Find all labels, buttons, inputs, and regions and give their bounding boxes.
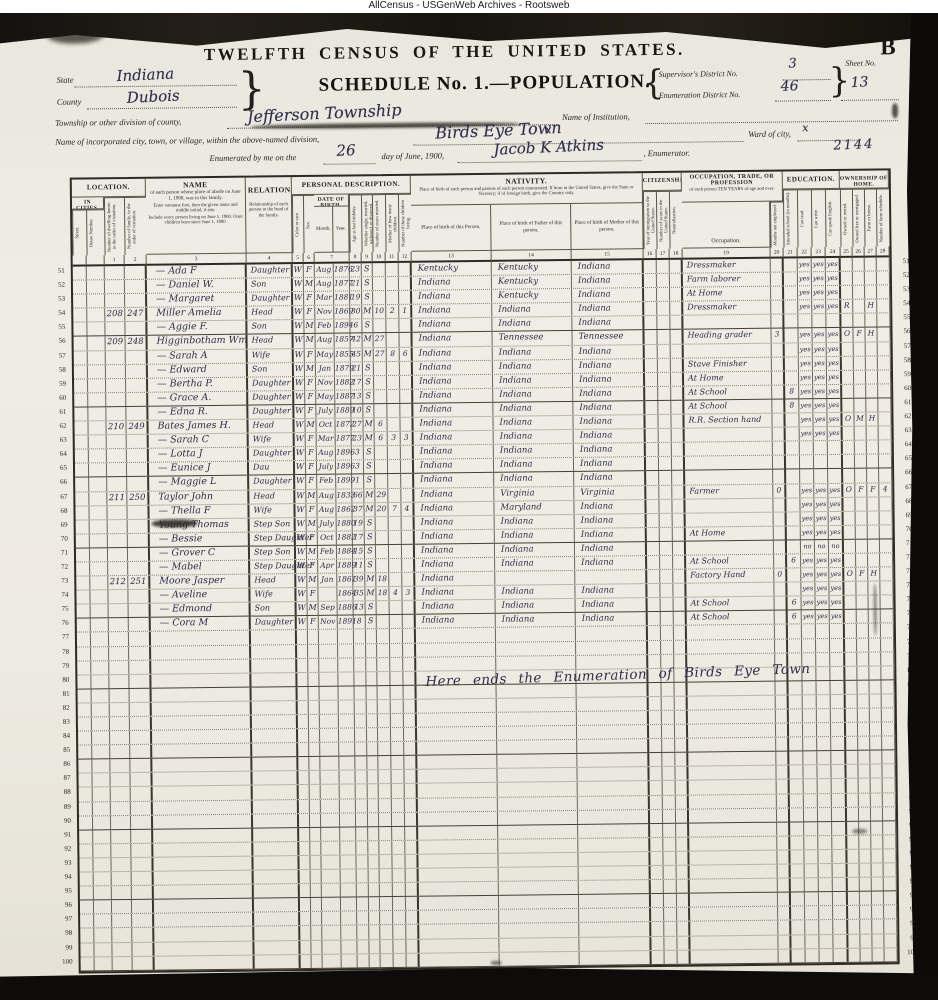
row-number: 90 [57, 816, 73, 830]
cell-sex: M [304, 320, 315, 333]
census-scan-page: AllCensus - USGenWeb Archives - Rootsweb… [0, 0, 938, 1000]
cell-color [300, 870, 311, 883]
cell-birth_month: Nov [316, 376, 335, 389]
cell-marital: S [365, 545, 376, 558]
cell-pob_mother [577, 697, 649, 711]
cell-owned_rented [846, 709, 858, 722]
cell-name: — Edward [148, 363, 248, 377]
cell-can_read [803, 751, 817, 764]
cell-pob_mother: Indiana [572, 274, 644, 288]
cell-months_unemployed [775, 681, 788, 694]
cell-free_mortgaged [857, 680, 869, 693]
cell-pob: Indiana [416, 600, 496, 614]
cell-pob_father: Indiana [494, 458, 574, 472]
cell-years_in_us [661, 612, 674, 625]
cell-can_write: yes [812, 300, 826, 313]
cell-birth_year: 1884 [337, 545, 353, 558]
cell-dwelling [113, 957, 133, 970]
cell-name: — Thella F [149, 504, 249, 518]
column-number: 24 [826, 247, 841, 257]
cell-sex [311, 912, 322, 925]
cell-school_months [791, 921, 805, 934]
cell-immigration_year [644, 260, 657, 273]
cell-children_living [403, 657, 416, 670]
cell-years_in_us [663, 852, 676, 865]
header-sex: Sex. [303, 195, 315, 253]
cell-school_months [791, 864, 805, 877]
header-pob-person: Place of birth of this Person. [411, 205, 492, 252]
cell-children_living [401, 474, 414, 487]
cell-children_living [404, 728, 417, 741]
header-years-in-us: Number of years in the United States. [656, 191, 670, 249]
cell-years_in_us [663, 795, 676, 808]
cell-farm_house [865, 314, 877, 327]
cell-age: 17 [353, 531, 365, 544]
cell-farm_house [873, 948, 885, 961]
cell-children_living [399, 277, 412, 290]
cell-can_read: yes [799, 371, 813, 384]
cell-family [129, 674, 151, 687]
cell-free_mortgaged [855, 441, 867, 454]
cell-pob: Indiana [415, 586, 495, 600]
cell-relation: Son [247, 278, 293, 292]
cell-naturalization [676, 781, 689, 794]
cell-dwelling [105, 294, 125, 307]
header-speak-english: Can speak English. [825, 189, 841, 247]
cell-school_months [786, 470, 800, 483]
cell-color [298, 743, 309, 756]
cell-age [355, 714, 367, 727]
cell-immigration_year [646, 485, 659, 498]
cell-name [154, 941, 254, 955]
cell-can_read [805, 878, 819, 891]
cell-name [154, 885, 254, 899]
cell-birth_year: 1862 [336, 503, 352, 516]
cell-name: Taylor John [149, 490, 249, 504]
cell-years_in_us [659, 429, 672, 442]
cell-farm_schedule [884, 877, 897, 890]
cell-farm_house [868, 553, 880, 566]
cell-relation: Step Daughter [250, 560, 296, 574]
column-number: 9 [362, 252, 373, 262]
cell-birth_year: 1861 [337, 574, 353, 587]
row-number: 54 [51, 309, 67, 323]
enumeration-district-value: 46 [780, 78, 799, 95]
row-number: 58 [897, 356, 913, 370]
cell-free_mortgaged [860, 864, 872, 877]
cell-relation: Daughter [247, 264, 293, 278]
cell-pob_father: Indiana [496, 599, 576, 613]
cell-children_living [403, 643, 416, 656]
cell-free_mortgaged [853, 286, 865, 299]
cell-dwelling [110, 759, 130, 772]
cell-farm_house [869, 680, 881, 693]
cell-speaks_english [833, 920, 848, 933]
cell-name: — Edna R. [148, 406, 248, 420]
cell-family [131, 801, 153, 814]
cell-speaks_english: yes [829, 554, 844, 567]
cell-school_months [789, 709, 803, 722]
cell-color [297, 659, 308, 672]
cell-occupation: At Home [684, 371, 772, 385]
cell-can_read [805, 906, 819, 919]
cell-birth_month: Aug [316, 334, 335, 347]
cell-farm_schedule [878, 412, 891, 425]
cell-mother_of_children [393, 939, 406, 952]
cell-birth_year: 1882 [335, 376, 351, 389]
cell-sex [310, 828, 321, 841]
cell-naturalization [675, 711, 688, 724]
cell-birth_month [321, 841, 340, 854]
row-number: 88 [57, 788, 73, 802]
cell-years_in_us [657, 260, 670, 273]
cell-occupation: R.R. Section hand [684, 414, 772, 428]
cell-occupation [688, 766, 776, 780]
cell-name [155, 955, 255, 969]
cell-speaks_english [831, 723, 846, 736]
cell-relation [254, 926, 300, 940]
cell-sex: F [306, 433, 317, 446]
cell-farm_schedule [880, 567, 893, 580]
cell-house [91, 661, 109, 674]
cell-mother_of_children [390, 615, 403, 628]
cell-age: 27 [351, 418, 363, 431]
cell-street [78, 717, 92, 730]
cell-name [153, 842, 253, 856]
cell-months_unemployed [778, 907, 791, 920]
header-name: NAME of each person whose place of abode… [146, 178, 247, 255]
cell-farm_schedule [877, 300, 890, 313]
cell-mother_of_children [391, 686, 404, 699]
cell-family [127, 463, 149, 476]
cell-can_read [803, 737, 817, 750]
header-marital-status: Whether single, married, widowed, or div… [361, 194, 373, 252]
cell-years_married: 18 [376, 587, 389, 600]
cell-mother_of_children [393, 911, 406, 924]
cell-pob: Indiana [414, 431, 494, 445]
cell-mother_of_children [387, 333, 400, 346]
cell-dwelling [107, 506, 127, 519]
cell-naturalization [672, 457, 685, 470]
cell-farm_house: H [865, 300, 877, 313]
cell-can_write [817, 723, 831, 736]
cell-street [80, 929, 94, 942]
cell-free_mortgaged [854, 342, 866, 355]
cell-naturalization [677, 936, 690, 949]
cell-owned_rented [848, 864, 860, 877]
cell-pob: Indiana [414, 473, 494, 487]
cell-years_in_us [664, 936, 677, 949]
cell-birth_month: May [316, 348, 335, 361]
cell-marital: S [366, 616, 377, 629]
cell-can_write: yes [813, 343, 827, 356]
cell-family [129, 618, 151, 631]
city-label: Name of incorporated city, town, or vill… [55, 134, 319, 147]
cell-sex [309, 715, 320, 728]
cell-relation: Wife [248, 349, 294, 363]
cell-family [125, 280, 147, 293]
cell-color [300, 912, 311, 925]
cell-pob_father: Kentucky [492, 275, 572, 289]
cell-house [92, 759, 110, 772]
cell-pob_father [499, 923, 579, 937]
row-number: 65 [898, 454, 914, 468]
cell-birth_year [338, 644, 354, 657]
cell-marital [366, 658, 377, 671]
cell-marital [367, 686, 378, 699]
township-label: Township or other division of county, [55, 116, 181, 127]
cell-color: W [293, 320, 304, 333]
cell-relation: Daughter [248, 391, 294, 405]
cell-house [91, 675, 109, 688]
cell-relation: Daughter [248, 377, 294, 391]
cell-street [78, 689, 92, 702]
cell-can_write [820, 949, 834, 962]
header-relation-title: RELATION. [248, 185, 289, 194]
cell-farm_house [867, 427, 879, 440]
cell-pob: Indiana [413, 417, 493, 431]
column-number: 16 [644, 249, 657, 259]
cell-school_months [789, 752, 803, 765]
cell-can_read: yes [798, 272, 812, 285]
cell-relation: Son [251, 602, 297, 616]
cell-name: — Cora M [151, 617, 251, 631]
cell-age [355, 742, 367, 755]
cell-school_months [785, 343, 799, 356]
cell-street [74, 379, 88, 392]
row-number: 70 [54, 534, 70, 548]
header-street: Street. [72, 209, 87, 255]
cell-years_married [378, 728, 391, 741]
cell-house [90, 576, 108, 589]
cell-pob_mother: Indiana [574, 472, 646, 486]
enumeration-line [775, 100, 831, 102]
cell-birth_month [323, 954, 342, 967]
cell-color [298, 715, 309, 728]
cell-speaks_english [828, 455, 843, 468]
cell-pob_mother: Indiana [573, 415, 645, 429]
cell-age [354, 658, 366, 671]
cell-color: W [294, 377, 305, 390]
cell-dwelling: 208 [105, 308, 125, 321]
cell-pob_mother: Indiana [572, 302, 644, 316]
cell-relation [251, 673, 297, 687]
cell-school_months [791, 878, 805, 891]
header-nativity: NATIVITY. Place of birth of each person … [411, 173, 643, 206]
row-number: 86 [56, 760, 72, 774]
cell-pob: Indiana [415, 544, 495, 558]
cell-farm_house [869, 638, 881, 651]
cell-pob_mother [578, 824, 650, 838]
cell-marital [369, 911, 380, 924]
cell-birth_year: 1894 [334, 320, 350, 333]
cell-children_living [404, 770, 417, 783]
cell-street [78, 746, 92, 759]
header-owned-rented: Owned or rented. [840, 189, 853, 247]
cell-months_unemployed [778, 921, 791, 934]
cell-can_write [817, 709, 831, 722]
cell-speaks_english [832, 779, 847, 792]
cell-years_married: 6 [374, 418, 387, 431]
cell-pob_father: Kentucky [492, 261, 572, 275]
row-number: 51 [51, 267, 67, 281]
cell-street [74, 337, 88, 350]
cell-name [152, 772, 252, 786]
cell-farm_house: F [867, 483, 879, 496]
cell-years_in_us [659, 485, 672, 498]
cell-street [79, 816, 93, 829]
cell-family [131, 858, 153, 871]
cell-free_mortgaged [856, 582, 868, 595]
cell-naturalization [671, 401, 684, 414]
cell-age: 3 [352, 461, 364, 474]
cell-mother_of_children [391, 770, 404, 783]
cell-relation: Head [248, 335, 294, 349]
cell-pob_mother [577, 711, 649, 725]
header-occupation-desc: of each person TEN YEARS of age and over… [684, 187, 780, 193]
cell-farm_schedule [878, 398, 891, 411]
cell-years_in_us [660, 514, 673, 527]
cell-street [76, 562, 90, 575]
cell-school_months [784, 315, 798, 328]
cell-birth_year: 1887 [335, 390, 351, 403]
cell-birth_month: Aug [315, 264, 334, 277]
supervisor-district-label: Supervisor's District No. [659, 69, 738, 79]
cell-pob: Indiana [412, 304, 492, 318]
cell-months_unemployed [778, 935, 791, 948]
cell-dwelling [108, 534, 128, 547]
cell-occupation [685, 498, 773, 512]
cell-occupation: Stave Finisher [684, 357, 772, 371]
cell-pob_mother: Tennessee [572, 331, 644, 345]
cell-sex [310, 842, 321, 855]
cell-marital [369, 897, 380, 910]
cell-years_in_us [659, 457, 672, 470]
cell-house [87, 280, 105, 293]
cell-can_write: yes [812, 286, 826, 299]
column-number: 14 [492, 250, 572, 261]
cell-age: 6 [350, 320, 362, 333]
cell-naturalization [675, 767, 688, 780]
cell-birth_year: 1877 [336, 433, 352, 446]
cell-immigration_year [644, 288, 657, 301]
cell-immigration_year [649, 739, 662, 752]
cell-occupation [685, 442, 773, 456]
cell-mother_of_children [389, 517, 402, 530]
cell-pob_mother: Indiana [572, 260, 644, 274]
cell-owned_rented [843, 469, 855, 482]
cell-naturalization [675, 697, 688, 710]
cell-free_mortgaged [857, 652, 869, 665]
cell-immigration_year [648, 598, 661, 611]
cell-owned_rented: R [841, 300, 853, 313]
cell-pob_father: Indiana [492, 303, 572, 317]
cell-street [79, 788, 93, 801]
cell-school_months [789, 723, 803, 736]
cell-dwelling [106, 379, 126, 392]
cell-street [75, 464, 89, 477]
cell-family [129, 632, 151, 645]
column-number [73, 255, 87, 265]
cell-pob_father: Indiana [493, 374, 573, 388]
cell-school_months: 6 [787, 554, 801, 567]
cell-children_living [404, 714, 417, 727]
cell-years_married [376, 545, 389, 558]
cell-color: W [296, 588, 307, 601]
cell-mother_of_children [387, 418, 400, 431]
cell-farm_schedule [877, 328, 890, 341]
cell-immigration_year [644, 302, 657, 315]
cell-free_mortgaged [859, 779, 871, 792]
cell-owned_rented [848, 878, 860, 891]
cell-pob [419, 896, 499, 910]
cell-speaks_english: yes [826, 286, 841, 299]
cell-age [354, 630, 366, 643]
cell-marital: M [365, 573, 376, 586]
cell-birth_year: 1872 [335, 418, 351, 431]
cell-months_unemployed [777, 850, 790, 863]
cell-pob_mother [576, 627, 648, 641]
cell-age: 19 [350, 292, 362, 305]
cell-pob_father [498, 839, 578, 853]
cell-years_in_us [664, 866, 677, 879]
cell-marital [367, 771, 378, 784]
cell-relation: Head [249, 490, 295, 504]
cell-mother_of_children [388, 488, 401, 501]
cell-can_read [804, 780, 818, 793]
cell-birth_month: Aug [317, 447, 336, 460]
cell-owned_rented [845, 638, 857, 651]
cell-farm_schedule [883, 821, 896, 834]
cell-dwelling [107, 477, 127, 490]
cell-name [153, 786, 253, 800]
cell-dwelling [106, 407, 126, 420]
cell-farm_schedule [881, 624, 894, 637]
cell-farm_schedule [880, 553, 893, 566]
cell-free_mortgaged: F [856, 568, 868, 581]
cell-school_months [790, 850, 804, 863]
cell-can_read: yes [798, 258, 812, 271]
county-label: County [57, 96, 82, 106]
cell-years_in_us [661, 683, 674, 696]
cell-years_married: 18 [376, 573, 389, 586]
cell-marital [367, 714, 378, 727]
cell-speaks_english: yes [827, 399, 842, 412]
scanned-document: TWELFTH CENSUS OF THE UNITED STATES. B S… [0, 13, 938, 1000]
cell-relation: Head [250, 574, 296, 588]
cell-can_write [819, 920, 833, 933]
cell-name [152, 744, 252, 758]
cell-farm_house [871, 807, 883, 820]
cell-pob_father [498, 853, 578, 867]
cell-birth_month: Oct [316, 419, 335, 432]
cell-birth_month [322, 884, 341, 897]
cell-years_married [377, 601, 390, 614]
cell-children_living [407, 953, 420, 966]
cell-free_mortgaged [857, 666, 869, 679]
cell-school_months [785, 413, 799, 426]
cell-family: 250 [127, 491, 149, 504]
cell-immigration_year [651, 922, 664, 935]
cell-sex [309, 687, 320, 700]
cell-school_months [791, 907, 805, 920]
cell-house [93, 830, 111, 843]
cell-months_unemployed [774, 583, 787, 596]
cell-months_unemployed [773, 470, 786, 483]
cell-age [355, 757, 367, 770]
cell-pob_mother: Virginia [574, 486, 646, 500]
cell-owned_rented [845, 610, 857, 623]
